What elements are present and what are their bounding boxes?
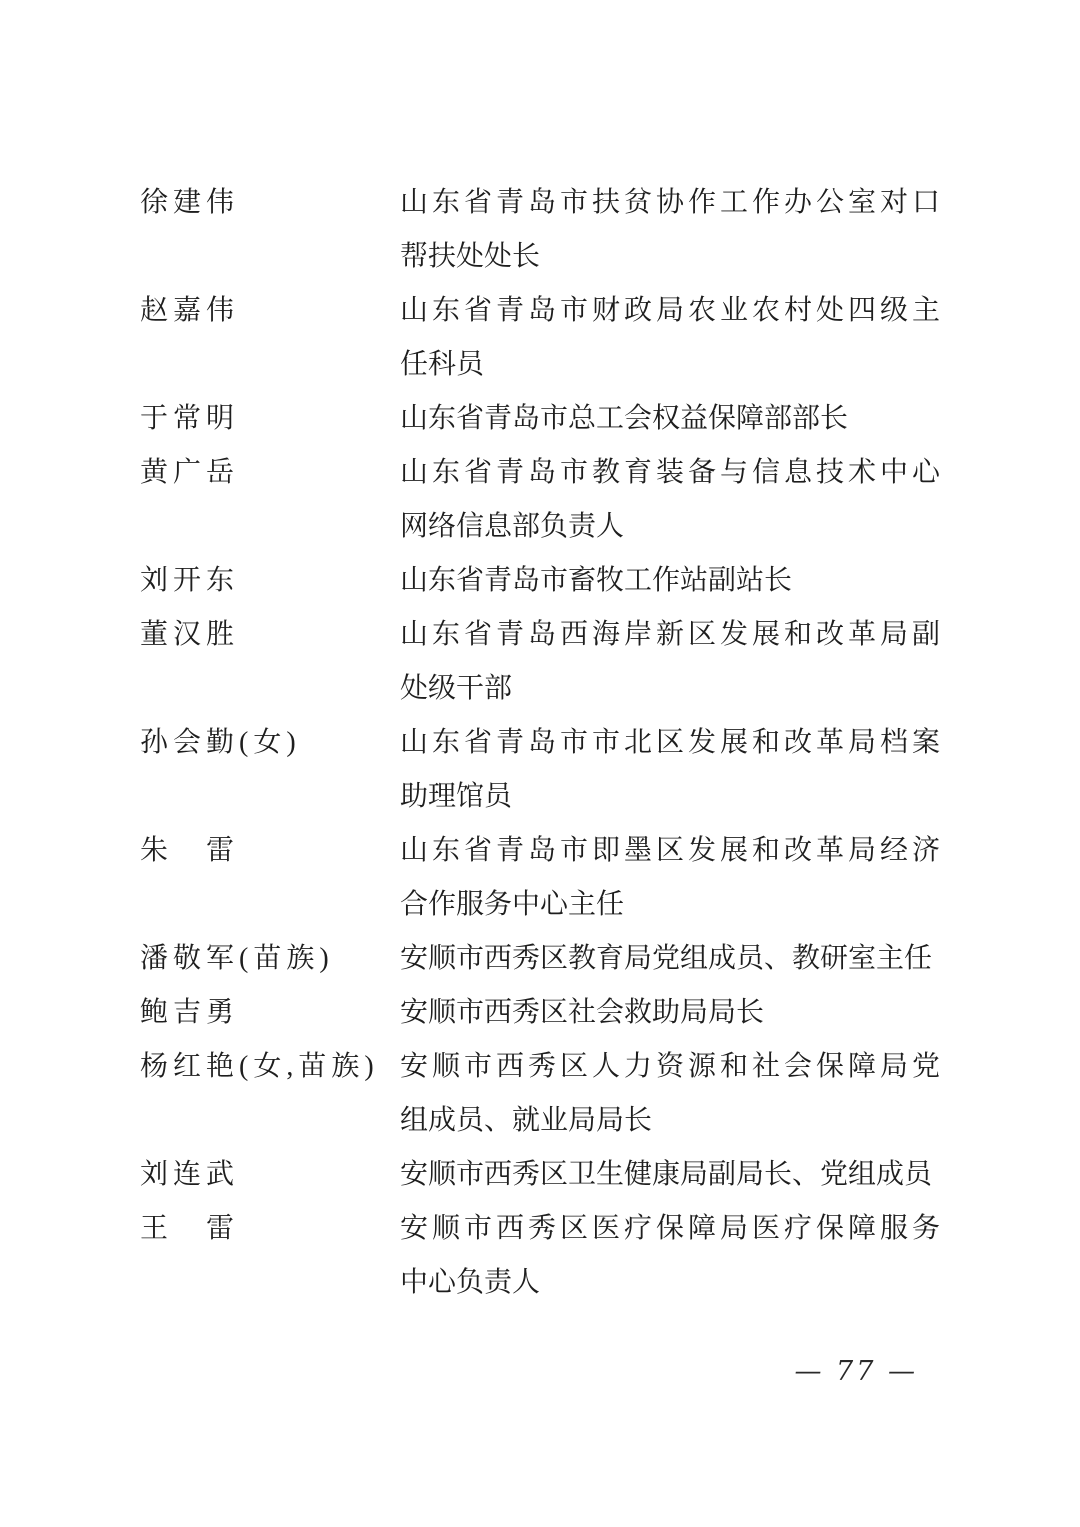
roster-entry: 刘连武 安顺市西秀区卫生健康局副局长、党组成员 [140,1148,940,1202]
title-line: 网络信息部负责人 [400,500,940,554]
page-number: — 77 — [794,1356,918,1387]
person-name: 刘连武 [140,1148,400,1202]
roster-entry: 朱 雷 山东省青岛市即墨区发展和改革局经济合作服务中心主任 [140,824,940,932]
title-line: 山东省青岛市市北区发展和改革局档案 [400,716,940,770]
person-title: 安顺市西秀区社会救助局局长 [400,986,940,1040]
person-title: 山东省青岛市财政局农业农村处四级主任科员 [400,284,940,392]
person-name: 孙会勤(女) [140,716,400,770]
roster-entry: 孙会勤(女) 山东省青岛市市北区发展和改革局档案助理馆员 [140,716,940,824]
title-line: 处级干部 [400,662,940,716]
person-name: 杨红艳(女,苗族) [140,1040,400,1094]
roster-list: 徐建伟 山东省青岛市扶贫协作工作办公室对口帮扶处处长 赵嘉伟 山东省青岛市财政局… [140,176,940,1310]
roster-entry: 杨红艳(女,苗族) 安顺市西秀区人力资源和社会保障局党组成员、就业局局长 [140,1040,940,1148]
title-line: 山东省青岛西海岸新区发展和改革局副 [400,608,940,662]
person-title: 山东省青岛西海岸新区发展和改革局副处级干部 [400,608,940,716]
roster-entry: 刘开东 山东省青岛市畜牧工作站副站长 [140,554,940,608]
roster-entry: 潘敬军(苗族) 安顺市西秀区教育局党组成员、教研室主任 [140,932,940,986]
title-line: 山东省青岛市畜牧工作站副站长 [400,554,940,608]
person-name: 鲍吉勇 [140,986,400,1040]
title-line: 安顺市西秀区人力资源和社会保障局党 [400,1040,940,1094]
roster-entry: 王 雷 安顺市西秀区医疗保障局医疗保障服务中心负责人 [140,1202,940,1310]
roster-entry: 徐建伟 山东省青岛市扶贫协作工作办公室对口帮扶处处长 [140,176,940,284]
title-line: 安顺市西秀区医疗保障局医疗保障服务 [400,1202,940,1256]
person-name: 王 雷 [140,1202,400,1256]
person-name: 朱 雷 [140,824,400,878]
title-line: 合作服务中心主任 [400,878,940,932]
title-line: 山东省青岛市即墨区发展和改革局经济 [400,824,940,878]
title-line: 安顺市西秀区社会救助局局长 [400,986,940,1040]
person-name: 于常明 [140,392,400,446]
roster-entry: 赵嘉伟 山东省青岛市财政局农业农村处四级主任科员 [140,284,940,392]
title-line: 山东省青岛市总工会权益保障部部长 [400,392,940,446]
roster-entry: 董汉胜 山东省青岛西海岸新区发展和改革局副处级干部 [140,608,940,716]
title-line: 山东省青岛市教育装备与信息技术中心 [400,446,940,500]
person-title: 山东省青岛市即墨区发展和改革局经济合作服务中心主任 [400,824,940,932]
person-title: 山东省青岛市市北区发展和改革局档案助理馆员 [400,716,940,824]
person-name: 黄广岳 [140,446,400,500]
person-title: 安顺市西秀区人力资源和社会保障局党组成员、就业局局长 [400,1040,940,1148]
person-name: 赵嘉伟 [140,284,400,338]
roster-entry: 于常明 山东省青岛市总工会权益保障部部长 [140,392,940,446]
title-line: 山东省青岛市扶贫协作工作办公室对口 [400,176,940,230]
person-title: 山东省青岛市畜牧工作站副站长 [400,554,940,608]
title-line: 中心负责人 [400,1256,940,1310]
document-page: 徐建伟 山东省青岛市扶贫协作工作办公室对口帮扶处处长 赵嘉伟 山东省青岛市财政局… [0,0,1080,1527]
roster-entry: 黄广岳 山东省青岛市教育装备与信息技术中心网络信息部负责人 [140,446,940,554]
roster-entry: 鲍吉勇 安顺市西秀区社会救助局局长 [140,986,940,1040]
person-title: 安顺市西秀区卫生健康局副局长、党组成员 [400,1148,940,1202]
title-line: 助理馆员 [400,770,940,824]
person-title: 山东省青岛市总工会权益保障部部长 [400,392,940,446]
title-line: 组成员、就业局局长 [400,1094,940,1148]
person-title: 山东省青岛市扶贫协作工作办公室对口帮扶处处长 [400,176,940,284]
title-line: 山东省青岛市财政局农业农村处四级主 [400,284,940,338]
title-line: 安顺市西秀区教育局党组成员、教研室主任 [400,932,940,986]
person-name: 潘敬军(苗族) [140,932,400,986]
person-name: 刘开东 [140,554,400,608]
person-title: 安顺市西秀区医疗保障局医疗保障服务中心负责人 [400,1202,940,1310]
title-line: 任科员 [400,338,940,392]
person-title: 安顺市西秀区教育局党组成员、教研室主任 [400,932,940,986]
person-name: 徐建伟 [140,176,400,230]
title-line: 帮扶处处长 [400,230,940,284]
person-title: 山东省青岛市教育装备与信息技术中心网络信息部负责人 [400,446,940,554]
title-line: 安顺市西秀区卫生健康局副局长、党组成员 [400,1148,940,1202]
person-name: 董汉胜 [140,608,400,662]
